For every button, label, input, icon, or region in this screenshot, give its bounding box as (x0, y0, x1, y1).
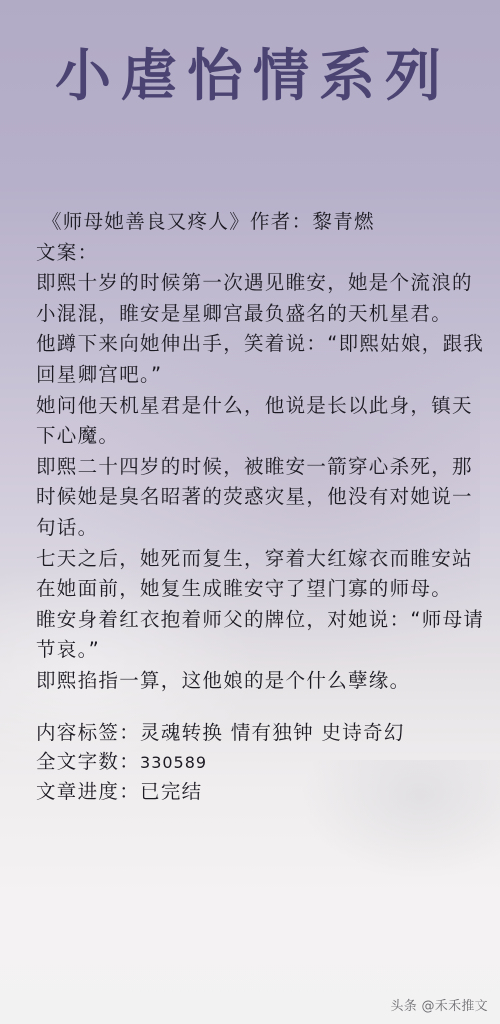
synopsis-line: 她问他天机星君是什么，他说是长以此身，镇天 (36, 391, 486, 422)
synopsis-line: 睢安身着红衣抱着师父的牌位，对她说：“师母请 (36, 605, 486, 636)
tags-value: 灵魂转换 情有独钟 史诗奇幻 (140, 721, 405, 744)
word-count-label: 全文字数： (36, 750, 140, 773)
synopsis-line: 小混混，睢安是星卿宫最负盛名的天机星君。 (36, 299, 486, 330)
watermark: 头条 @禾禾推文 (390, 995, 488, 1014)
word-count-value: 330589 (140, 753, 207, 772)
series-title: 小虐怡情系列 (0, 38, 500, 114)
progress-value: 已完结 (140, 780, 202, 803)
book-meta: 内容标签：灵魂转换 情有独钟 史诗奇幻 全文字数：330589 文章进度：已完结 (36, 718, 486, 806)
synopsis-line: 七天之后，她死而复生，穿着大红嫁衣而睢安站 (36, 544, 486, 575)
synopsis-line: 即熙掐指一算，这他娘的是个什么孽缘。 (36, 666, 486, 697)
synopsis-line: 回星卿宫吧。” (36, 360, 486, 391)
book-intro: 《师母她善良又疼人》作者：黎青燃 文案： 即熙十岁的时候第一次遇见睢安，她是个流… (36, 207, 486, 697)
progress-label: 文章进度： (36, 780, 140, 803)
synopsis-line: 句话。 (36, 513, 486, 544)
synopsis-line: 节哀。” (36, 635, 486, 666)
synopsis-line: 即熙十岁的时候第一次遇见睢安，她是个流浪的 (36, 268, 486, 299)
synopsis-label: 文案： (36, 238, 486, 269)
book-title-line: 《师母她善良又疼人》作者：黎青燃 (42, 207, 486, 238)
synopsis-line: 在她面前，她复生成睢安守了望门寡的师母。 (36, 574, 486, 605)
tags-row: 内容标签：灵魂转换 情有独钟 史诗奇幻 (36, 718, 486, 747)
word-count-row: 全文字数：330589 (36, 747, 486, 776)
tags-label: 内容标签： (36, 721, 140, 744)
synopsis-line: 即熙二十四岁的时候，被睢安一箭穿心杀死，那 (36, 452, 486, 483)
synopsis-line: 他蹲下来向她伸出手，笑着说：“即熙姑娘，跟我 (36, 329, 486, 360)
synopsis-line: 下心魔。 (36, 421, 486, 452)
progress-row: 文章进度：已完结 (36, 777, 486, 806)
synopsis-line: 时候她是臭名昭著的荧惑灾星，他没有对她说一 (36, 482, 486, 513)
